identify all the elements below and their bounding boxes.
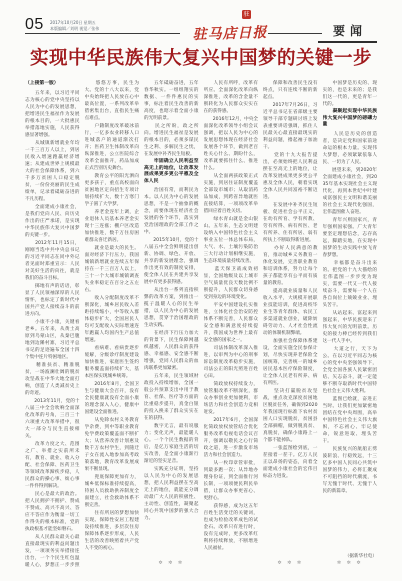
body-paragraph: 2016年8月，全国卫生与健康大会召开，没有全民健康就没有全面小康的理念深入人心… [85, 381, 140, 416]
body-paragraph: 民族复兴的航船正劈波斩浪、行稳致远，十三亿多中国人民同心共筑中国梦的伟力，必将汇… [323, 446, 378, 495]
date-edition-info: 2017年10月20日 星期五 本版编辑／刘明 视觉／张伟 [50, 20, 120, 31]
body-paragraph: 从出台一系列直指积弊的改革方案，到推出一揽子温暖人心的民生举措，以人民为中心的发… [144, 287, 199, 329]
body-paragraph: 简政放权持续发力，放管服改革不断深化，群众办事创业更加便利，市场活力和社会创造力… [204, 381, 259, 416]
body-paragraph: 从城镇新增就业年均一千三百万人以上，到居民收入增速跑赢经济增速；从建成世界上规模… [25, 140, 80, 203]
body-paragraph: 数字无言，最有说服力；变化无声，最能暖人心。一个个民生数据的背后，是亿万家庭生活… [144, 423, 199, 465]
body-paragraph: 从站起来、富起来到强起来，中华民族迎来了伟大复兴的光明前景。历史的接力棒已经传到… [323, 310, 378, 345]
body-paragraph: 办好人民满意的教育，推动城乡义务教育一体化发展，完善职业教育和培训体系，努力让每… [263, 245, 318, 287]
body-paragraph: 教育公平的阳光洒向更多孩子，重点高校面向贫困地区定向招生专项计划持续扩大，数十万… [85, 173, 140, 208]
article-column: 保障和改善民生没有终点，只有连续不断的新起点。 2017年7月26日，习近平总书… [263, 80, 318, 567]
article-headline: 实现中华民族伟大复兴中国梦的关键一步 [25, 47, 377, 71]
body-paragraph: 2017年7月26日，习近平总书记在省部级主要领导干部专题研讨班上发表重要讲话强… [263, 102, 318, 151]
body-paragraph: 民之所盼，政之所向。增进民生福祉是发展的根本目的，必须多谋民生之利、多解民生之忧… [144, 123, 199, 158]
body-paragraph: 人民是历史的创造者，是决定党和国家前途命运的根本力量。实现伟大梦想，必须紧紧依靠… [323, 131, 378, 166]
body-paragraph: 司法体制改革深入推进，以审判为中心的刑事诉讼制度改革稳步实施，司法公正的阳光照进… [204, 345, 259, 380]
body-paragraph: 展望未来，到2020年全面建成小康社会，到2035年基本实现社会主义现代化，再到… [323, 167, 378, 216]
body-paragraph: 治国有常，而利民为本。以人民为中心的发展思想，不是一个抽象的概念，而要体现在经济… [144, 187, 199, 236]
body-paragraph: 从一枚印章管审批，到最多跑一次；从异地办理身份证，到全面推行河长制，一项项便民利… [204, 460, 259, 502]
body-paragraph: 五年来，以习近平同志为核心的党中央坚持以人民为中心的发展思想，把增进民生福祉作为… [25, 90, 80, 139]
body-paragraph: 从全面两孩政策正式实施，到居住证制度覆盖全部设市城市；从取消药品加成，到跨省异地… [204, 173, 259, 215]
body-paragraph: 悠悠万事，民生为大。党的十八大以来，党中央始终把人民放在心中最高位置，一系列改革… [85, 80, 140, 122]
section-end-dingbat-icon: ✲ ✲ ✲ [263, 560, 318, 567]
column-footer: ✲ ✲ ✲ [263, 559, 318, 567]
newspaper-page: 05 2017年10月20日 星期五 本版编辑／刘明 视觉／张伟 驻 驻马店日报… [0, 0, 402, 581]
body-paragraph: 2012年11月15日，刚刚当选中共中央总书记的习近平同志在同中外记者见面时郑重… [25, 240, 80, 282]
body-paragraph: 中国梦是历史的、现实的，也是未来的；是我们这一代的，更是青年一代的。 [323, 80, 378, 108]
body-paragraph: 2016年12月，中央全面深化改革领导小组会议强调，把以人民为中心的发展思想体现… [204, 116, 259, 172]
article-column: （上接第一版） 五年来，以习近平同志为核心的党中央坚持以人民为中心的发展思想，把… [25, 80, 80, 567]
body-paragraph: 全面建成小康社会，是我们党向人民、向历史作出的庄严承诺，是实现中华民族伟大复兴中… [25, 204, 80, 239]
body-paragraph: 户籍制度改革破冰前行，一亿多农业转移人口进城落户的通道渐次打开；医药卫生体制改革… [85, 123, 140, 172]
body-paragraph: 民心是最大的政治。把人民拥护不拥护、赞成不赞成、高兴不高兴、答应不答应作为衡量一… [25, 491, 80, 533]
body-paragraph: 兜底保障更加有力，城乡低保标准持续提高，特困人员救助供养制度全面建立，社会救助体… [85, 474, 140, 509]
body-paragraph: 人民有所呼，改革有所应。全面深化改革向纵深推进，改革的含金量不断转化为人民群众实… [204, 80, 259, 115]
header-rule-mid [268, 33, 322, 34]
section-end-dingbat-icon: ✲ ✲ ✲ [144, 560, 199, 567]
column-footer: （据新华社电）✲ ✲ ✲ [323, 553, 378, 567]
article-column: 悠悠万事，民生为大。党的十八大以来，党中央始终把人民放在心中最高位置，一系列改革… [85, 80, 140, 567]
body-paragraph: 住有所居的梦想加快实现。保障性安居工程建设持续推进，多层次住房保障体系逐步形成，… [85, 510, 140, 552]
body-paragraph: 一张蓝图绘到底，一茬接着一茬干。亿万人民正以昂扬的姿态，向着全面建成小康社会的宏… [263, 445, 318, 480]
masthead-seal-icon: 驻 [242, 10, 251, 19]
body-paragraph: 五年来，民生领域财政投入持续增加，全国一般公共预算支出中用于教育、社保、医疗等方… [144, 373, 199, 422]
article-column: 人民有所呼，改革有所应。全面深化改革向纵深推进，改革的含金量不断转化为人民群众实… [204, 80, 259, 567]
body-paragraph: 绿水青山就是金山银山。五年来，生态文明建设纳入中国特色社会主义事业五位一体总体布… [204, 216, 259, 265]
body-paragraph: 2017年6月，全国深化简政放权放管结合优化服务改革电视电话会议召开，强调以敬民… [204, 417, 259, 459]
body-paragraph: 青年兴则国家兴，青年强则国家强。广大青年要坚定理想信念，志存高远，脚踏实地，在实… [323, 217, 378, 259]
body-paragraph: 在发展中补齐民生短板、促进社会公平正义，在幼有所育、学有所教、劳有所得、病有所医… [263, 202, 318, 244]
body-paragraph: 在经济下行压力加大的背景下，民生保障网越织越密，人民群众的获得感、幸福感、安全感… [144, 330, 199, 372]
body-paragraph: 幸福都是奋斗出来的。把党的十九大描绘的宏伟蓝图一步步变为现实，需要一代又一代人接… [323, 260, 378, 309]
body-paragraph: 就业是最大的民生。面对经济下行压力，我国城镇新增就业连续五年保持在一千三百万人以… [85, 245, 140, 294]
page-number: 05 [25, 16, 44, 34]
body-paragraph: 养老金连年上调，企业退休人员基本养老金实现十三连涨；棚户区改造加快推进，数千万住… [85, 209, 140, 244]
body-paragraph: 实践充分证明，坚持以人民为中心的发展思想，把人民利益摆在至高无上的地位，就能充分… [144, 466, 199, 522]
body-paragraph: 2013年11月，党的十八届三中全会吹响全面深化改革的号角，三百三十六项重大改革… [25, 398, 80, 440]
body-paragraph: 党的十九大报告提出，必须始终把人民利益摆在至高无上的地位，让改革发展成果更多更公… [263, 152, 318, 201]
body-paragraph: 蓝天保卫战成效初显，全国地级及以上城市空气质量优良天数比例不断提升，人民群众切身… [204, 266, 259, 301]
body-paragraph: 保障和改善民生没有终点，只有连续不断的新起点。 [263, 80, 318, 101]
article-column: 五年砥砺奋进，五年春华秋实。一组组翔实的数据、一件件惠民的实事，标注着民生改善的… [144, 80, 199, 567]
masthead-title: 驻马店日报 [184, 21, 277, 44]
body-paragraph: 小康不小康，关键看老乡。五年来，从黄土高原到乌蒙山区，从秦巴腹地到边陲村寨，习近… [25, 319, 80, 361]
body-paragraph: 五年砥砺奋进，五年春华秋实。一组组翔实的数据、一件件惠民的实事，标注着民生改善的… [144, 80, 199, 122]
section-heading: （上接第一版） [25, 81, 80, 88]
body-paragraph: 大道之行，天下为公。在以习近平同志为核心的党中央坚强领导下，全党全国各族人民紧密… [323, 346, 378, 395]
article-columns: （上接第一版） 五年来，以习近平同志为核心的党中央坚持以人民为中心的发展思想，把… [25, 80, 377, 567]
masthead: 驻 驻马店日报 [184, 6, 276, 26]
section-heading: 凝聚起实现中华民族伟大复兴中国梦的磅礴力量 [323, 109, 378, 129]
section-label: 要闻 [333, 24, 367, 38]
body-paragraph: 精准扶贫、精准脱贫，一场波澜壮阔的脱贫攻坚战在中华大地全面打响，创造了人类减贫史… [25, 362, 80, 397]
body-paragraph: 收入分配制度改革不断深化，城乡居民收入差距持续缩小，中等收入群体稳步扩大，全国居… [85, 295, 140, 344]
header-rule-left [25, 33, 180, 34]
body-paragraph: 平安中国建设扎实推进，立体化社会治安防控体系不断完善，人民群众安全感和满意度持续… [204, 302, 259, 344]
body-paragraph: 蓝图已绘就，奋进正当时。让我们更加紧密地团结在党中央周围，高举中国特色社会主义伟… [323, 396, 378, 445]
section-box: 要闻 [318, 20, 377, 43]
body-paragraph: 获得感，成为这五年百姓生活变迁的关键词，也成为检验改革成色的试金石。改革只有进行… [204, 503, 259, 552]
body-paragraph: 改革力度之大、范围之广、举措之实前所未有，教育、就业、收入分配、社会保障、医药卫… [25, 441, 80, 490]
body-paragraph: 2015年10月，党的十八届五中全会鲜明提出创新、协调、绿色、开放、共享的新发展… [144, 237, 199, 286]
editor-line: 本版编辑／刘明 视觉／张伟 [50, 26, 120, 32]
article-column: 中国梦是历史的、现实的，也是未来的；是我们这一代的，更是青年一代的。 凝聚起实现… [323, 80, 378, 567]
section-heading: 牢固确立人民利益至高无上的地位，让改革发展成果更多更公平惠及全体人民 [144, 159, 199, 185]
body-paragraph: 看病难、看病贵逐步缓解，分级诊疗制度建设加快推进，家庭医生签约服务覆盖面持续扩大… [85, 345, 140, 380]
body-paragraph: 从免除农村义务教育学杂费，到中等职业教育免学费政策覆盖面不断扩大；从营养改善计划… [85, 417, 140, 473]
body-paragraph: 掷地有声的话语，彰显了人民领袖深厚的人民情怀，也标定了新时代中国共产党人接续奋斗… [25, 283, 80, 318]
body-paragraph: 从人民群众最关心最直接最现实的利益问题出发，一项项务实举措接连出台，一个个民生红… [25, 534, 80, 567]
section-end-dingbat-icon: ✲ ✲ ✲ [323, 560, 378, 567]
body-paragraph: 加强社会保障体系建设，全面实施全民参保计划，尽快实现养老保险全国统筹，完善统一的… [263, 338, 318, 387]
body-paragraph: 坚决打赢脱贫攻坚战，重点攻克深度贫困地区脱贫任务，确保到2020年我国现行标准下… [263, 388, 318, 444]
column-footer: ✲ ✲ ✲ [144, 559, 199, 567]
body-paragraph: 提高就业质量和人民收入水平，大规模开展职业技能培训，促进高校毕业生等青年群体、农… [263, 288, 318, 337]
